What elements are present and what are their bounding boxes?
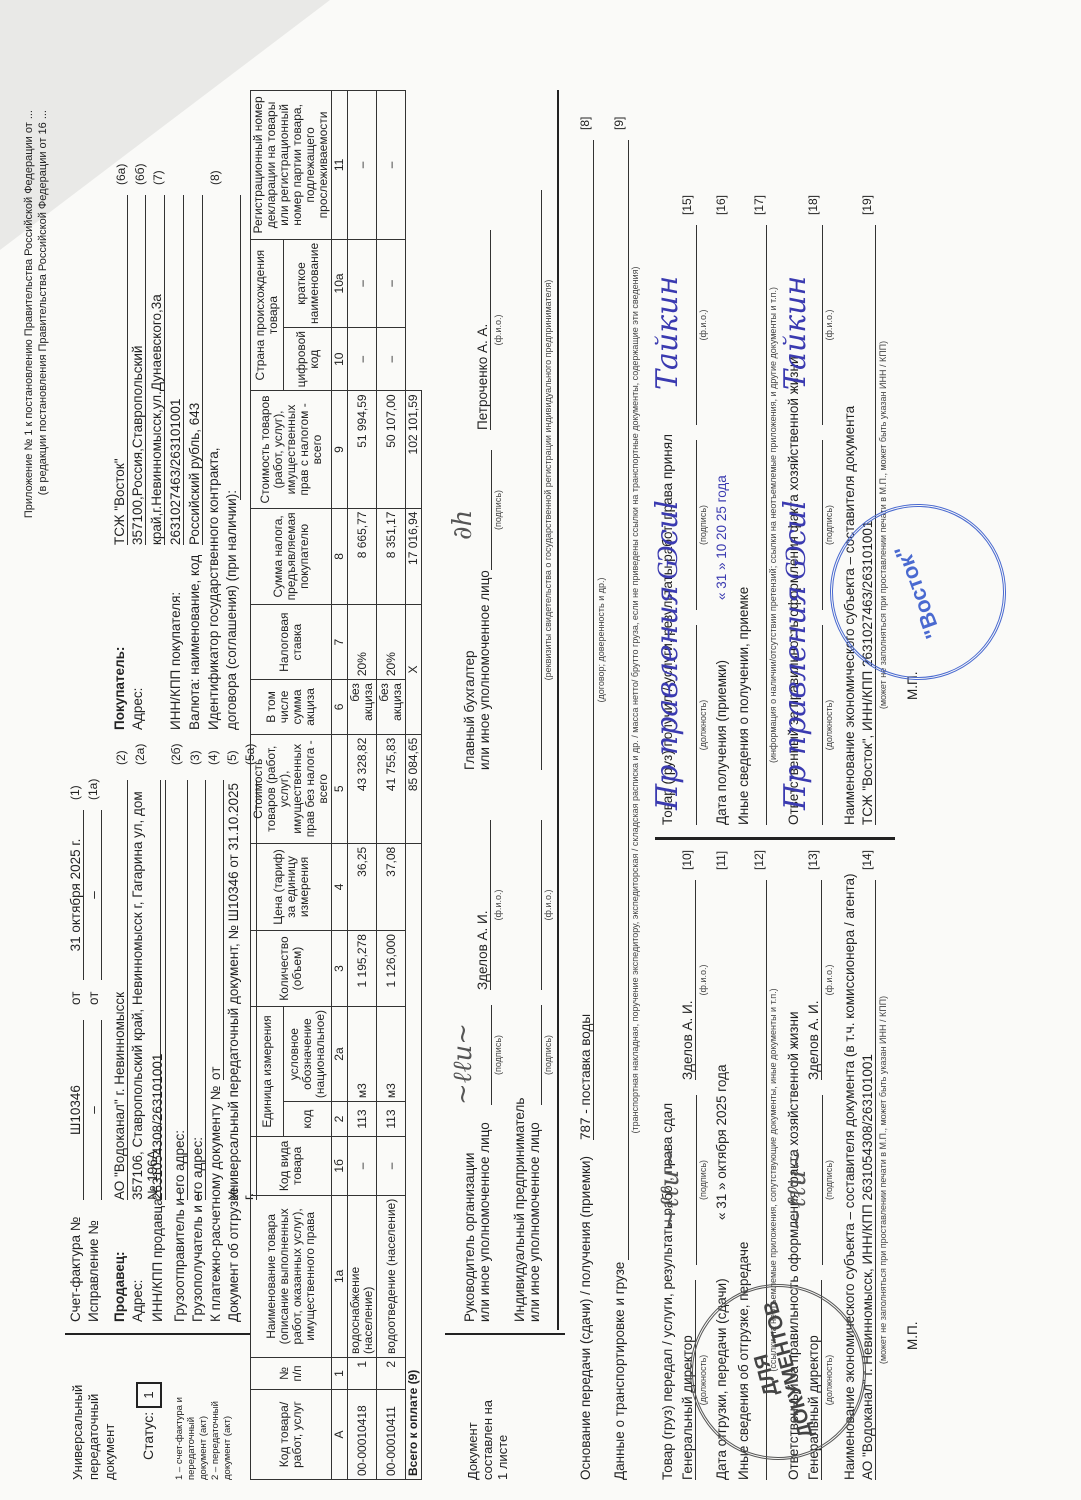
handed-name: Зделов А. И. xyxy=(680,880,696,1080)
seller-name: АО "Водоканал" г. Невинномысск xyxy=(112,780,128,1200)
cell-tax: 8 351,17 xyxy=(377,508,406,605)
seller-heading: Продавец: xyxy=(112,1251,127,1322)
cell-cost-with-tax: 51 994,59 xyxy=(348,391,377,508)
gov-id-field xyxy=(226,195,241,500)
cell-name: водоснабжение (население) xyxy=(348,1195,377,1357)
cell-country-code: – xyxy=(377,327,406,390)
consignee: – xyxy=(190,780,206,1200)
basis-label: Основание передачи (сдачи) / получения (… xyxy=(578,1156,593,1480)
cell-code: 00-00010418 xyxy=(348,1390,377,1480)
total-excise: X xyxy=(406,605,422,735)
buyer-inn: 2631027463/263101001 xyxy=(168,195,184,545)
handed-signature: ~ℓℓu~ xyxy=(655,1148,685,1230)
invoice-number: Ш10346 xyxy=(68,1020,84,1200)
responsible-buyer-signature: Ѡcul xyxy=(778,500,813,580)
cell-price: 37,08 xyxy=(377,843,406,930)
cell-reg-num: – xyxy=(377,91,406,240)
cell-country-code: – xyxy=(348,327,377,390)
cell-unit-name: м3 xyxy=(348,1007,377,1102)
items-table: Код товара/ работ, услуг № п/п Наименова… xyxy=(250,90,422,1480)
currency: Российский рубль, 643 xyxy=(187,195,203,545)
responsible-buyer-name-signature: Тайкин xyxy=(778,276,813,390)
legal-header: Приложение № 1 к постановлению Правитель… xyxy=(22,110,50,518)
total-cost-no-tax: 85 084,65 xyxy=(406,734,422,843)
receive-other-field xyxy=(752,225,767,825)
cell-name: водоотведение (население) xyxy=(377,1195,406,1357)
ip-requisites-field xyxy=(527,190,542,770)
column-numbers-row: А11а1б22а34567891010а11 xyxy=(332,91,348,1480)
table-row: 00-000104112водоотведение (население)–11… xyxy=(377,91,406,1480)
received-signature: Ѡcul xyxy=(650,500,685,580)
head-name: Зделов А. И. xyxy=(475,820,491,990)
cell-qty: 1 126,000 xyxy=(377,931,406,1007)
cell-cost-no-tax: 43 328,82 xyxy=(348,734,377,843)
cell-qty: 1 195,278 xyxy=(348,931,377,1007)
cell-price: 36,25 xyxy=(348,843,377,930)
doc-pages: Документсоставлен на1 листе xyxy=(465,1400,510,1480)
buyer-heading: Покупатель: xyxy=(112,647,127,730)
cell-unit-code: 113 xyxy=(348,1102,377,1137)
cell-num: 2 xyxy=(377,1357,406,1389)
cell-cost-no-tax: 41 755,83 xyxy=(377,734,406,843)
table-row: 00-000104181водоснабжение (население)–11… xyxy=(348,91,377,1480)
table-header-row: Код товара/ работ, услуг № п/п Наименова… xyxy=(251,91,284,1480)
cell-rate: 20% xyxy=(348,605,377,680)
correction-number: – xyxy=(86,1020,102,1200)
responsible-buyer-position-signature: Пр правления xyxy=(778,585,813,810)
status-note: 1 – счет-фактура и передаточный документ… xyxy=(174,1340,234,1480)
cell-tax: 8 665,77 xyxy=(348,508,377,605)
cell-excise: без акциза xyxy=(377,680,406,735)
transport-label: Данные о транспортировке и грузе xyxy=(612,1262,627,1480)
cell-kind: – xyxy=(348,1136,377,1195)
total-tax: 17 016,94 xyxy=(406,508,422,605)
ip-label: Индивидуальный предпринимательили иное у… xyxy=(512,1098,542,1322)
buyer-stamp: "Восток" xyxy=(805,479,1031,705)
cell-code: 00-00010411 xyxy=(377,1390,406,1480)
accountant-name: Петроченко А. А. xyxy=(475,230,491,430)
buyer-address-line1: 357100,Россия,Ставропольский xyxy=(130,195,146,545)
cell-unit-code: 113 xyxy=(377,1102,406,1137)
payment-doc: от xyxy=(208,780,224,1080)
cell-cost-with-tax: 50 107,00 xyxy=(377,391,406,508)
seller-inn: 2631054308/263101001 xyxy=(150,780,166,1200)
status-badge: 1 xyxy=(136,1382,162,1408)
invoice-date: 31 октября 2025 г. xyxy=(68,810,84,980)
correction-date: – xyxy=(86,810,102,980)
received-name-signature: Тайкин xyxy=(650,276,685,390)
basis-value: 787 - поставка воды xyxy=(578,140,594,1140)
total-cost-with-tax: 102 101,59 xyxy=(406,391,422,508)
accountant-label: Главный бухгалтерили иное уполномоченное… xyxy=(462,570,492,770)
cell-rate: 20% xyxy=(377,605,406,680)
doc-type-block: Универсальный передаточный документ Стат… xyxy=(70,1340,234,1480)
responsible-signature: ~ℓℓu~ xyxy=(782,1148,812,1230)
buyer-address-line2: край,г.Невинномысск,ул.Дунаевского,3а xyxy=(149,195,165,545)
cell-unit-name: м3 xyxy=(377,1007,406,1102)
cell-kind: – xyxy=(377,1136,406,1195)
correction-label: Исправление № xyxy=(86,1220,101,1322)
total-row: Всего к оплате (9) 85 084,65 X 17 016,94… xyxy=(406,91,422,1480)
received-position-signature: Пр правления xyxy=(650,585,685,810)
buyer-name: ТСЖ "Восток" xyxy=(112,195,128,545)
cell-excise: без акциза xyxy=(348,680,377,735)
status-field: Статус: 1 xyxy=(136,1340,162,1460)
transport-field xyxy=(612,140,629,1260)
ship-date: « 31 » октября 2025 года xyxy=(714,1064,729,1220)
buyer-right-refs: (6а)(6б)(7)(8) xyxy=(112,163,224,185)
cell-country-name: – xyxy=(348,239,377,327)
cell-num: 1 xyxy=(348,1357,377,1389)
responsible-name: Зделов А. И. xyxy=(806,880,822,1080)
receive-date: « 31 » 10 20 25 года xyxy=(714,475,729,600)
cell-reg-num: – xyxy=(348,91,377,240)
head-label: Руководитель организацииили иное уполном… xyxy=(462,1122,492,1322)
document-sheet: Приложение № 1 к постановлению Правитель… xyxy=(0,0,1081,1500)
cell-country-name: – xyxy=(377,239,406,327)
accountant-signature: ∂h xyxy=(448,510,478,540)
shipper: – xyxy=(172,780,188,1200)
doc-type-title: Универсальный передаточный документ xyxy=(70,1340,118,1480)
head-signature: ~ℓℓu~ xyxy=(448,1023,478,1105)
buyer-refs: (2)(2а)(2б)(3)(4)(5)(5а) xyxy=(112,743,260,765)
invoice-number-label: Счет-фактура № xyxy=(68,1217,83,1322)
